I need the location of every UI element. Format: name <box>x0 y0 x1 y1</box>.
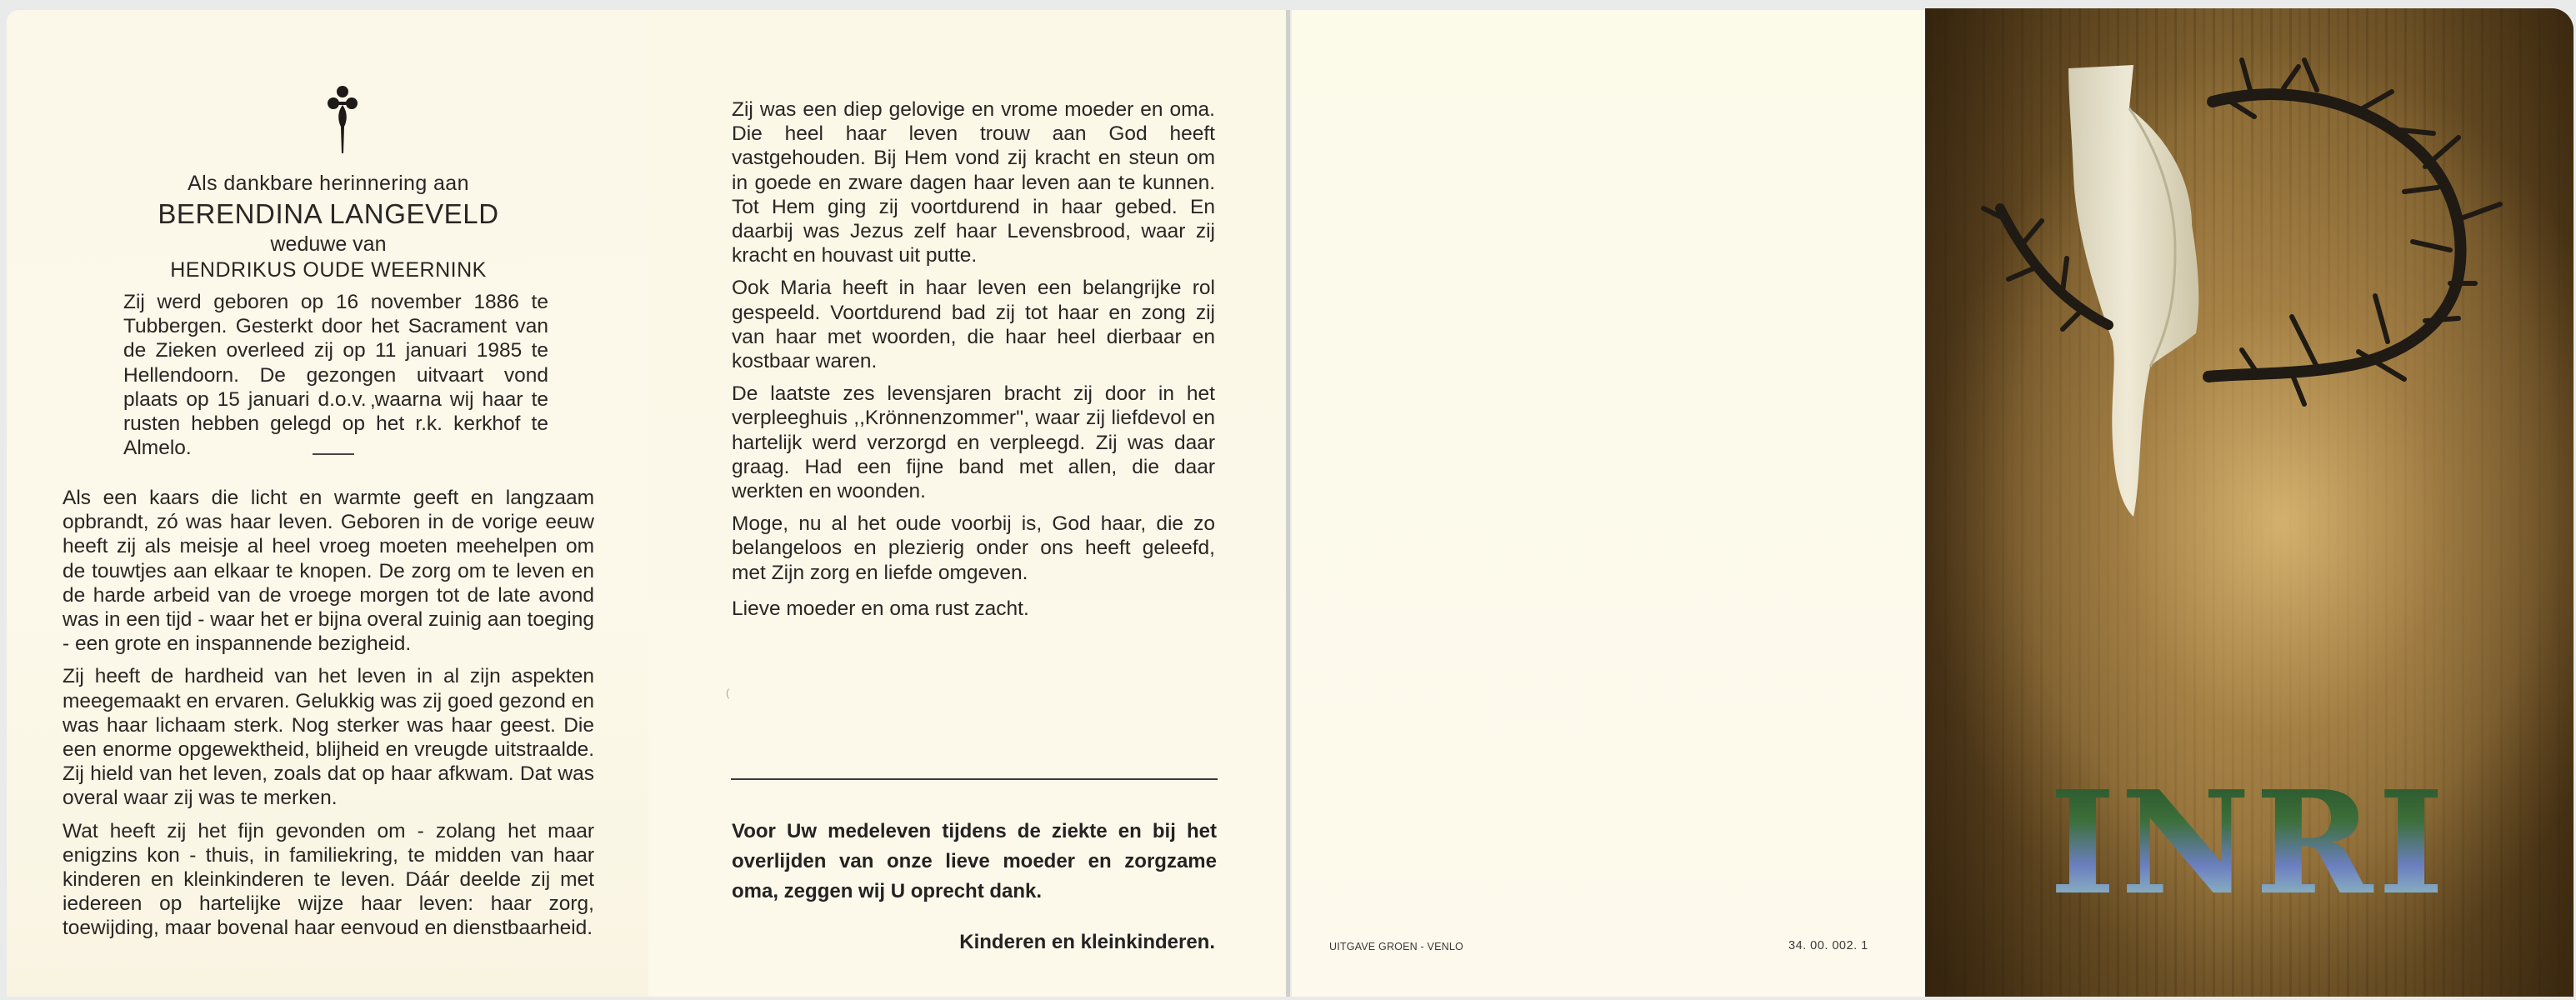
husband-name: HENDRIKUS OUDE WEERNINK <box>7 258 650 282</box>
intro-text: Als dankbare herinnering aan <box>7 172 650 196</box>
closing-line: Lieve moeder en oma rust zacht. <box>732 597 1215 621</box>
tribute-text-2: Zij was een diep gelovige en vrome moede… <box>732 97 1215 629</box>
thanks-signature: Kinderen en kleinkinderen. <box>959 931 1215 954</box>
paragraph: Zij was een diep gelovige en vrome moede… <box>732 97 1215 267</box>
stray-comma: , <box>370 389 376 412</box>
card-panel-inner-text: Zij was een diep gelovige en vrome moede… <box>648 10 1290 997</box>
paragraph: Ook Maria heeft in haar leven een belang… <box>732 276 1215 373</box>
divider-line <box>731 778 1218 780</box>
separator-dash <box>313 453 354 455</box>
paragraph: Wat heeft zij het fijn gevonden om - zol… <box>63 819 594 941</box>
cover-illustration: INRI <box>1925 8 2573 997</box>
inri-inscription: INRI <box>1925 768 2573 918</box>
widow-of-text: weduwe van <box>7 232 650 257</box>
tribute-text-1: Als een kaars die licht en warmte geeft … <box>63 486 594 949</box>
publisher-imprint: UITGAVE GROEN - VENLO <box>1329 941 1463 952</box>
paragraph: Als een kaars die licht en warmte geeft … <box>63 486 594 656</box>
card-panel-back: UITGAVE GROEN - VENLO 34. 00. 002. 1 <box>1292 10 1927 997</box>
stray-mark: ( <box>726 687 729 699</box>
deceased-name: BERENDINA LANGEVELD <box>7 198 650 230</box>
paragraph: Zij heeft de hardheid van het leven in a… <box>63 664 594 810</box>
ornamental-cross-icon <box>325 83 360 155</box>
paragraph: De laatste zes levensjaren bracht zij do… <box>732 382 1215 503</box>
thanks-message: Voor Uw medeleven tijdens de ziekte en b… <box>732 817 1217 907</box>
biography-paragraph: Zij werd geboren op 16 november 1886 te … <box>123 290 548 460</box>
paragraph: Moge, nu al het oude voorbij is, God haa… <box>732 512 1215 585</box>
card-code: 34. 00. 002. 1 <box>1788 939 1868 952</box>
card-panel-front-text: Als dankbare herinnering aan BERENDINA L… <box>7 10 650 997</box>
